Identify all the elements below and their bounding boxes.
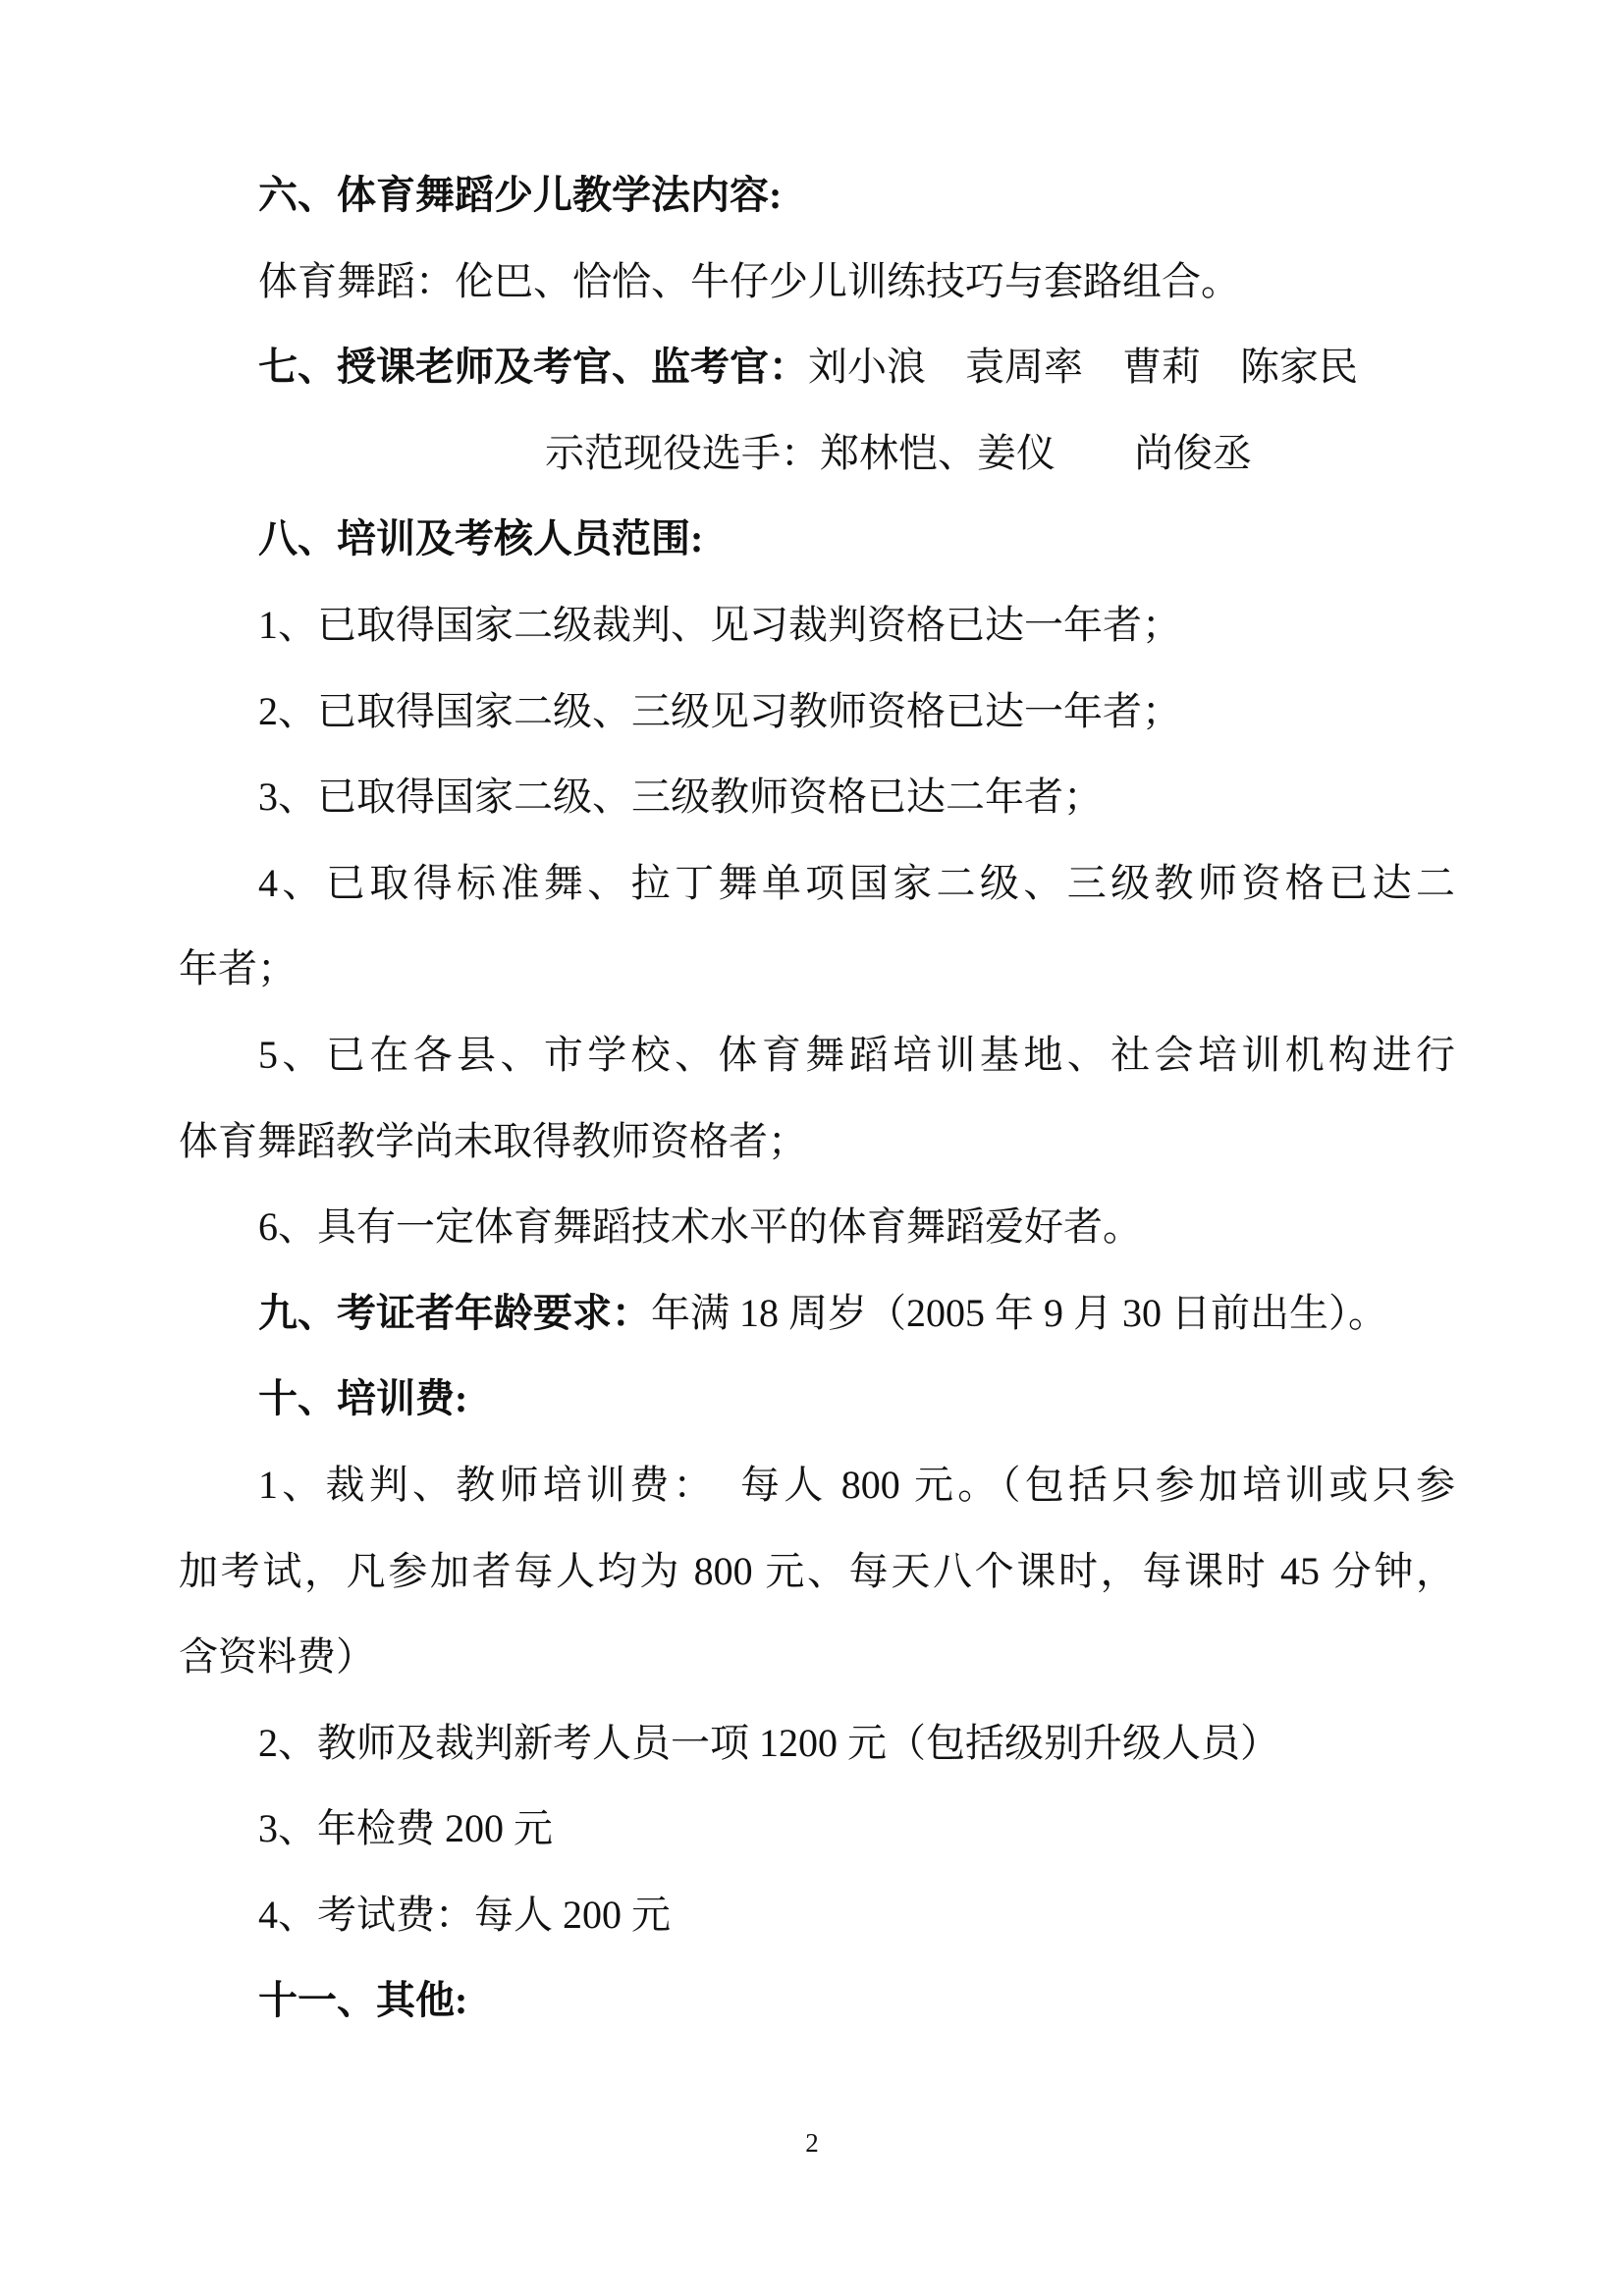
heading-section-8: 八、培训及考核人员范围: — [258, 496, 1455, 582]
page-number: 2 — [0, 2128, 1624, 2158]
heading-section-9: 九、考证者年龄要求：年满 18 周岁（2005 年 9 月 30 日前出生）。 — [258, 1270, 1455, 1357]
list-item-2: 2、已取得国家二级、三级见习教师资格已达一年者； — [258, 668, 1455, 755]
text-segment: 示范现役选手：郑林恺、姜仪 尚俊丞 — [545, 431, 1252, 475]
bold-text-segment: 七、授课老师及考官、监考官： — [258, 345, 808, 389]
text-segment: 2、已取得国家二级、三级见习教师资格已达一年者； — [258, 689, 1181, 733]
text-segment: 加考试，凡参加者每人均为 800 元、每天八个课时，每课时 45 分钟， — [179, 1549, 1455, 1593]
text-segment: 年者； — [179, 946, 297, 990]
fee-item-3: 3、年检费 200 元 — [258, 1786, 1455, 1872]
list-item-4-line-2: 年者； — [179, 926, 1455, 1012]
text-segment: 5、已在各县、市学校、体育舞蹈培训基地、社会培训机构进行 — [258, 1033, 1455, 1077]
text-segment: 含资料费） — [179, 1634, 375, 1679]
text-segment: 刘小浪 袁周率 曹莉 陈家民 — [808, 345, 1358, 389]
document-body: 六、体育舞蹈少儿教学法内容:体育舞蹈：伦巴、恰恰、牛仔少儿训练技巧与套路组合。七… — [179, 152, 1455, 2044]
list-item-3: 3、已取得国家二级、三级教师资格已达二年者； — [258, 754, 1455, 840]
text-segment: 体育舞蹈：伦巴、恰恰、牛仔少儿训练技巧与套路组合。 — [258, 259, 1240, 303]
list-item-1: 1、已取得国家二级裁判、见习裁判资格已达一年者； — [258, 582, 1455, 668]
document-page: 六、体育舞蹈少儿教学法内容:体育舞蹈：伦巴、恰恰、牛仔少儿训练技巧与套路组合。七… — [0, 0, 1624, 2296]
heading-section-7: 七、授课老师及考官、监考官：刘小浪 袁周率 曹莉 陈家民 — [258, 324, 1455, 410]
list-item-5-line-2: 体育舞蹈教学尚未取得教师资格者； — [179, 1098, 1455, 1185]
fee-item-1-line-1: 1、裁判、教师培训费： 每人 800 元。（包括只参加培训或只参 — [258, 1442, 1455, 1528]
text-segment: 4、考试费：每人 200 元 — [258, 1893, 671, 1937]
heading-section-6: 六、体育舞蹈少儿教学法内容: — [258, 152, 1455, 239]
bold-text-segment: 八、培训及考核人员范围: — [258, 516, 703, 561]
list-item-6: 6、具有一定体育舞蹈技术水平的体育舞蹈爱好者。 — [258, 1184, 1455, 1270]
heading-section-11: 十一、其他: — [258, 1957, 1455, 2044]
text-segment: 1、裁判、教师培训费： 每人 800 元。（包括只参加培训或只参 — [258, 1463, 1455, 1507]
fee-item-4: 4、考试费：每人 200 元 — [258, 1872, 1455, 1958]
bold-text-segment: 十、培训费: — [258, 1376, 467, 1420]
fee-item-2: 2、教师及裁判新考人员一项 1200 元（包括级别升级人员） — [258, 1700, 1455, 1787]
fee-item-1-line-3: 含资料费） — [179, 1614, 1455, 1700]
text-segment: 体育舞蹈教学尚未取得教师资格者； — [179, 1119, 807, 1163]
text-segment: 3、已取得国家二级、三级教师资格已达二年者； — [258, 774, 1103, 819]
text-segment: 2、教师及裁判新考人员一项 1200 元（包括级别升级人员） — [258, 1721, 1279, 1765]
bold-text-segment: 十一、其他: — [258, 1978, 467, 2022]
text-segment: 4、已取得标准舞、拉丁舞单项国家二级、三级教师资格已达二 — [258, 861, 1455, 905]
list-item-5-line-1: 5、已在各县、市学校、体育舞蹈培训基地、社会培训机构进行 — [258, 1012, 1455, 1098]
line-demo-athletes: 示范现役选手：郑林恺、姜仪 尚俊丞 — [545, 410, 1455, 497]
text-segment: 6、具有一定体育舞蹈技术水平的体育舞蹈爱好者。 — [258, 1204, 1142, 1249]
bold-text-segment: 九、考证者年龄要求： — [258, 1291, 651, 1335]
heading-section-10: 十、培训费: — [258, 1356, 1455, 1442]
text-segment: 3、年检费 200 元 — [258, 1806, 553, 1850]
bold-text-segment: 六、体育舞蹈少儿教学法内容: — [258, 173, 782, 217]
text-segment: 年满 18 周岁（2005 年 9 月 30 日前出生）。 — [651, 1291, 1387, 1335]
fee-item-1-line-2: 加考试，凡参加者每人均为 800 元、每天八个课时，每课时 45 分钟， — [179, 1528, 1455, 1615]
text-segment: 1、已取得国家二级裁判、见习裁判资格已达一年者； — [258, 603, 1181, 647]
paragraph-dance-content: 体育舞蹈：伦巴、恰恰、牛仔少儿训练技巧与套路组合。 — [258, 239, 1455, 325]
list-item-4-line-1: 4、已取得标准舞、拉丁舞单项国家二级、三级教师资格已达二 — [258, 840, 1455, 927]
